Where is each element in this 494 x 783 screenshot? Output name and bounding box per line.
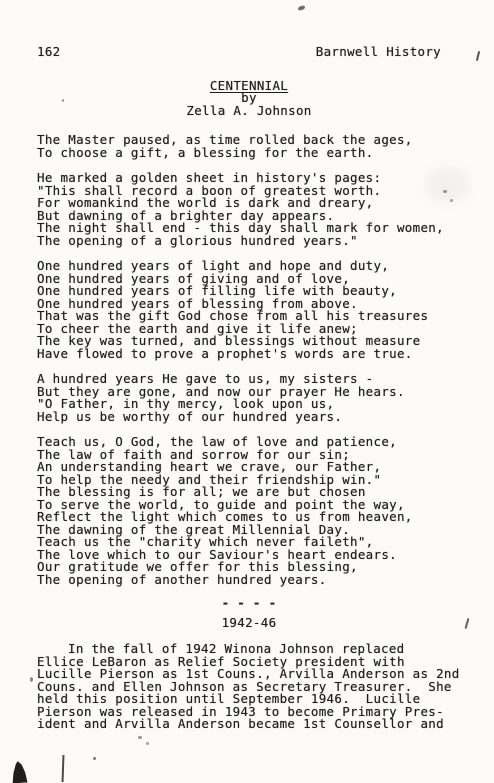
- book-title: Barnwell History: [316, 46, 441, 59]
- poem-stanza-1: The Master paused, as time rolled back t…: [37, 134, 461, 159]
- poem-title-block: CENTENNIAL by Zella A. Johnson: [37, 80, 461, 118]
- page-header: 162 Barnwell History: [37, 46, 441, 59]
- poem-stanza-5: Teach us, O God, the law of love and pat…: [37, 436, 461, 586]
- section-heading: 1942-46: [37, 617, 461, 630]
- page-number: 162: [37, 46, 60, 59]
- stanza-separator: - - - -: [37, 597, 461, 610]
- history-paragraph: In the fall of 1942 Winona Johnson repla…: [37, 643, 461, 731]
- poem-stanza-2: He marked a golden sheet in history's pa…: [37, 172, 461, 247]
- poem-author: Zella A. Johnson: [37, 105, 461, 118]
- poem-body: The Master paused, as time rolled back t…: [37, 134, 461, 586]
- document-page: 162 Barnwell History CENTENNIAL by Zella…: [0, 0, 494, 783]
- poem-stanza-4: A hundred years He gave to us, my sister…: [37, 373, 461, 423]
- poem-stanza-3: One hundred years of light and hope and …: [37, 260, 461, 360]
